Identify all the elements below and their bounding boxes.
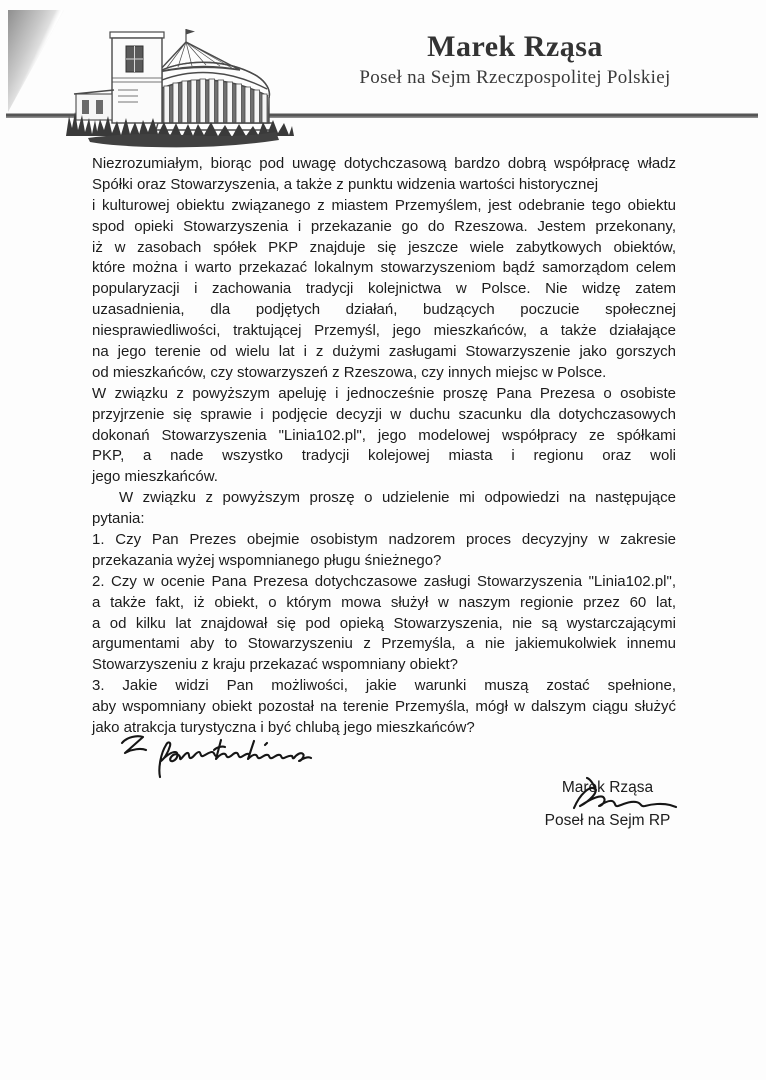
text-line: argumentami aby to Stowarzyszeniu z Prze… bbox=[92, 634, 676, 655]
text-line: Niezrozumiałym, biorąc pod uwagę dotychc… bbox=[92, 154, 676, 175]
text-line: od mieszkańców, czy stowarzyszeń z Rzesz… bbox=[92, 363, 676, 384]
text-line: i kulturowej obiektu związanego z miaste… bbox=[92, 196, 676, 217]
letter-body: Niezrozumiałym, biorąc pod uwagę dotychc… bbox=[92, 154, 676, 739]
page-fold-artifact bbox=[8, 10, 64, 112]
letterhead-subtitle: Poseł na Sejm Rzeczpospolitej Polskiej bbox=[280, 67, 750, 89]
text-line: pytania: bbox=[92, 509, 676, 530]
text-line: Spółki oraz Stowarzyszenia, a także z pu… bbox=[92, 175, 676, 196]
letterhead: Marek Rząsa Poseł na Sejm Rzeczpospolite… bbox=[280, 30, 750, 89]
text-line: spod opieki Stowarzyszenia i przekazanie… bbox=[92, 217, 676, 238]
text-line: przekazania wyżej wspomnianego pługu śni… bbox=[92, 551, 676, 572]
closing-handwriting bbox=[113, 728, 325, 786]
text-line: iż w zasobach spółek PKP znajduje się je… bbox=[92, 238, 676, 259]
text-line: jego mieszkańców. bbox=[92, 467, 676, 488]
scanned-letter-page: Marek Rząsa Poseł na Sejm Rzeczpospolite… bbox=[0, 0, 766, 1080]
text-line: popularyzacji i zachowania tradycji kole… bbox=[92, 279, 676, 300]
text-line: a także fakt, iż obiekt, o którym mowa s… bbox=[92, 593, 676, 614]
letterhead-name: Marek Rząsa bbox=[280, 30, 750, 64]
text-line: na jego terenie od wielu lat i z dużymi … bbox=[92, 342, 676, 363]
text-line: 2. Czy w ocenie Pana Prezesa dotychczaso… bbox=[92, 572, 676, 593]
signature-scribble bbox=[552, 776, 680, 822]
text-line: Stowarzyszeniu z kraju przekazać wspomni… bbox=[92, 655, 676, 676]
text-line: aby wspomniany obiekt pozostał na tereni… bbox=[92, 697, 676, 718]
text-line: 3. Jakie widzi Pan możliwości, jakie war… bbox=[92, 676, 676, 697]
text-line: a od kilku lat znajdował się pod opieką … bbox=[92, 614, 676, 635]
text-line: dokonań Stowarzyszenia "Linia102.pl", je… bbox=[92, 426, 676, 447]
text-line: uzasadnienia, dla podjętych działań, bud… bbox=[92, 300, 676, 321]
text-line: PKP, a nade wszystko tradycji kolejowej … bbox=[92, 446, 676, 467]
text-line: 1. Czy Pan Prezes obejmie osobistym nadz… bbox=[92, 530, 676, 551]
text-line: przyjrzenie się sprawie i podjęcie decyz… bbox=[92, 405, 676, 426]
text-line: W związku z powyższym proszę o udzieleni… bbox=[92, 488, 676, 509]
sejm-building-sketch bbox=[60, 18, 300, 160]
text-line: niesprawiedliwości, traktującej Przemyśl… bbox=[92, 321, 676, 342]
text-line: które można i warto przekazać lokalnym s… bbox=[92, 258, 676, 279]
text-line: W związku z powyższym apeluję i jednocze… bbox=[92, 384, 676, 405]
